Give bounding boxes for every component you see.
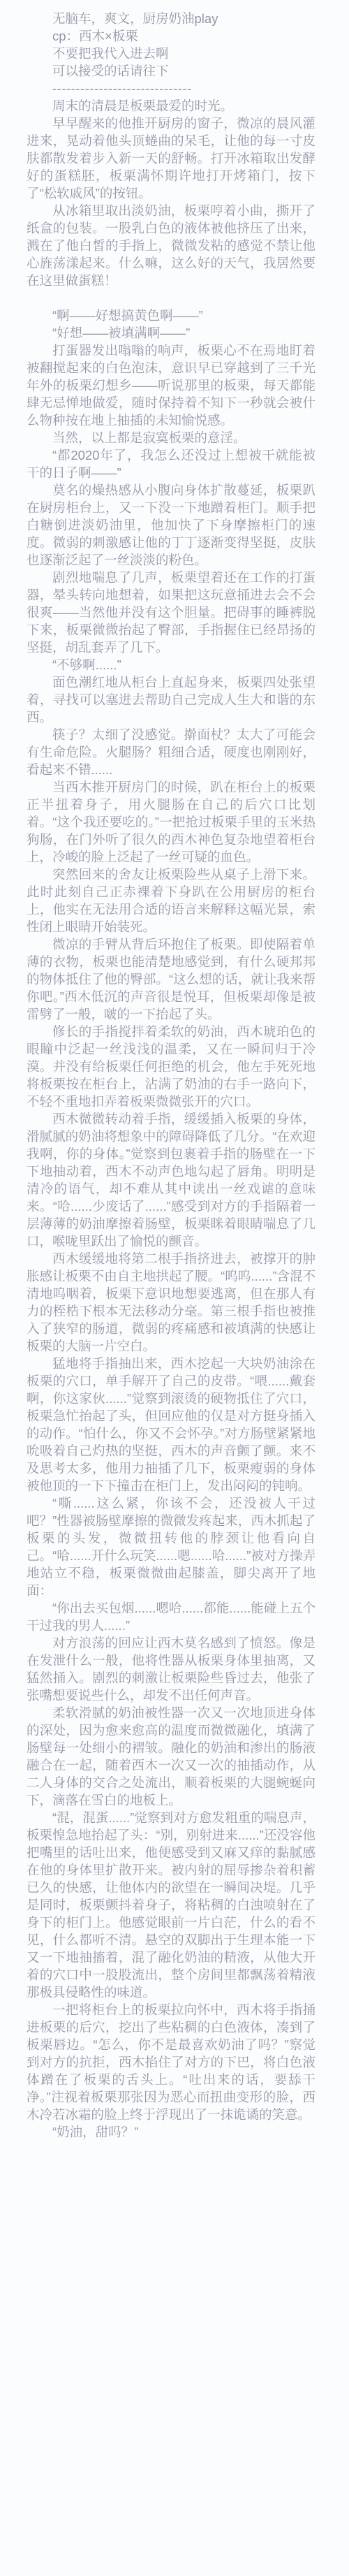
opening-line: 周末的清晨是板栗最爱的时光。 (27, 97, 315, 115)
story-page: 无脑车，爽文，厨房奶油play cp：西木×板栗 不要把我代入进去啊 可以接受的… (0, 0, 349, 2576)
story-paragraph: 莫名的燥热感从小腹向身体扩散蔓延，板栗趴在厨房柜台上，又一下没一下地蹭着柜门。顺… (27, 481, 315, 569)
story-paragraph: 微凉的手臂从背后环抱住了板栗。即使隔着单薄的衣物，板栗也能清楚地感觉到，有什么硬… (27, 936, 315, 1023)
story-paragraph: 猛地将手指抽出来，西木挖起一大块奶油涂在板栗的穴口，单手解开了自己的皮带。“喂.… (27, 1355, 315, 1494)
story-paragraph: 当西木推开厨房门的时候，趴在柜台上的板栗正半扭着身子，用火腿肠在自己的后穴口比划… (27, 778, 315, 866)
quote-line: “好想——被填满啊——” (27, 324, 315, 342)
story-paragraph: “都2020年了，我怎么还没过上想被干就能被干的日子啊——” (27, 446, 315, 481)
closing-line: “奶油，甜吗？” (27, 2123, 315, 2141)
meta-line-tags: 无脑车，爽文，厨房奶油play (27, 10, 315, 27)
story-paragraph: 修长的手指搅拌着柔软的奶油，西木琥珀色的眼瞳中泛起一丝浅浅的温柔，又在一瞬间归于… (27, 1023, 315, 1110)
story-paragraph: 对方浪荡的回应让西木莫名感到了愤怒。像是在发泄什么一般，他将性器从板栗身体里抽离… (27, 1634, 315, 1704)
story-paragraph: 柔软滑腻的奶油被性器一次又一次地顶进身体的深处，因为愈来愈高的温度而微微融化，填… (27, 1704, 315, 1809)
dashed-separator: ------------------------------ (27, 80, 315, 97)
meta-line-cp: cp：西木×板栗 (27, 27, 315, 45)
story-paragraph: “嘶......这么紧，你该不会，还没被人干过吧？”性器被肠壁摩擦的微微发疼起来… (27, 1494, 315, 1599)
meta-line-note-2: 可以接受的话请往下 (27, 62, 315, 80)
story-paragraph: “混，混蛋......”觉察到对方愈发粗重的喘息声，板栗惶急地抬起了头：“别，别… (27, 1809, 315, 2001)
meta-block: 无脑车，爽文，厨房奶油play cp：西木×板栗 不要把我代入进去啊 可以接受的… (27, 10, 315, 115)
meta-line-note-1: 不要把我代入进去啊 (27, 45, 315, 62)
story-paragraph: 早早醒来的他推开厨房的窗子，微凉的晨风灌进来，晃动着他头顶蜷曲的呆毛，让他的每一… (27, 115, 315, 202)
story-paragraph: 面色潮红地从柜台上直起身来，板栗四处张望着，寻找可以塞进去帮助自己完成人生大和谐… (27, 674, 315, 726)
story-paragraph: 打蛋器发出嗡嗡的响声，板栗心不在焉地盯着被翻搅起来的白色泡沫，意识早已穿越到了三… (27, 342, 315, 429)
story-paragraph: 筷子？太细了没感觉。擀面杖？太大了可能会有生命危险。火腿肠？粗细合适，硬度也刚刚… (27, 726, 315, 778)
story-paragraph: 剧烈地喘息了几声，板栗望着还在工作的打蛋器，晕头转向地想着，如果把这玩意捅进去会… (27, 569, 315, 656)
story-paragraph: 当然，以上都是寂寞板栗的意淫。 (27, 429, 315, 446)
story-paragraph: 一把将柜台上的板栗拉向怀中，西木将手指捅进板栗的后穴，挖出了些粘稠的白色液体，凑… (27, 2001, 315, 2123)
story-paragraph: 从冰箱里取出淡奶油，板栗哼着小曲，撕开了纸盒的包装。一股乳白色的液体被他挤压了出… (27, 202, 315, 289)
quote-pair-block: “啊——好想搞黄色啊——” “好想——被填满啊——” (27, 307, 315, 342)
story-paragraph: “你出去买包烟......嗯哈......都能......能碰上五个干过我的男人… (27, 1599, 315, 1634)
story-paragraph: “不够啊......” (27, 656, 315, 674)
story-paragraph: 西木缓缓地将第二根手指挤进去，被撑开的肿胀感让板栗不由自主地拱起了腰。“呜呜..… (27, 1250, 315, 1355)
quote-line: “啊——好想搞黄色啊——” (27, 307, 315, 324)
story-paragraph: 突然回来的舍友让板栗险些从桌子上滑下来。此时此刻自己正赤裸着下身趴在公用厨房的柜… (27, 866, 315, 936)
story-paragraph: 西木微微转动着手指，缓缓插入板栗的身体，滑腻腻的奶油将想象中的障碍降低了几分。“… (27, 1110, 315, 1250)
